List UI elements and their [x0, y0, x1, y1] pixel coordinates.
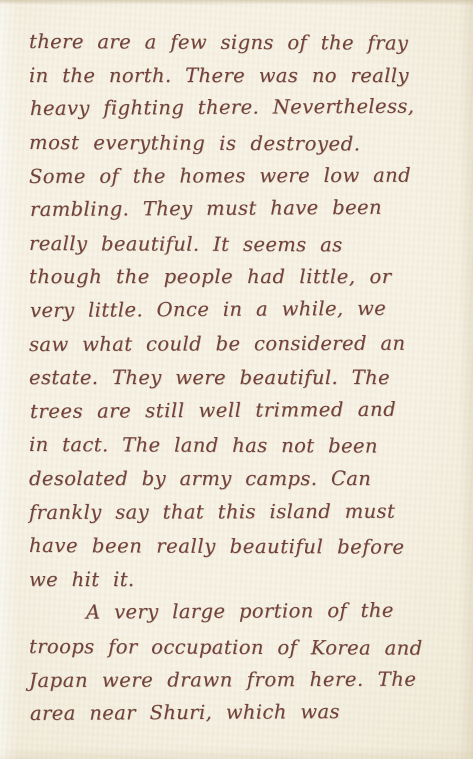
handwriting-line: frankly say that this island must — [29, 495, 463, 530]
letter-body: there are a few signs of the fray in the… — [29, 25, 463, 730]
handwriting-line-paragraph-start: A very large portion of the — [30, 593, 464, 629]
handwriting-line: very little. Once in a while, we — [30, 291, 464, 327]
handwriting-line: troops for occupation of Korea and — [29, 630, 463, 665]
handwriting-line: desolated by army camps. Can — [29, 462, 463, 496]
handwriting-line: trees are still well trimmed and — [30, 392, 464, 428]
handwriting-line: really beautiful. It seems as — [29, 227, 463, 262]
handwriting-line: Some of the homes were low and — [29, 159, 463, 194]
handwriting-line: estate. They were beautiful. The — [29, 361, 463, 395]
handwriting-line: we hit it. — [29, 563, 463, 597]
handwriting-line: have been really beautiful before — [29, 529, 463, 564]
handwriting-line: in the north. There was no really — [29, 59, 463, 93]
handwriting-line: there are a few signs of the fray — [29, 25, 463, 60]
handwriting-line: heavy fighting there. Nevertheless, — [30, 90, 464, 126]
handwriting-line: though the people had little, or — [29, 260, 463, 294]
handwriting-line: most everything is destroyed. — [29, 126, 463, 161]
handwriting-line: Japan were drawn from here. The — [29, 663, 463, 698]
handwriting-line: saw what could be considered an — [29, 327, 463, 362]
handwriting-line: in tact. The land has not been — [29, 428, 463, 463]
handwriting-line: rambling. They must have been — [30, 190, 464, 226]
handwriting-line: area near Shuri, which was — [30, 694, 464, 730]
letter-page: there are a few signs of the fray in the… — [0, 0, 473, 759]
